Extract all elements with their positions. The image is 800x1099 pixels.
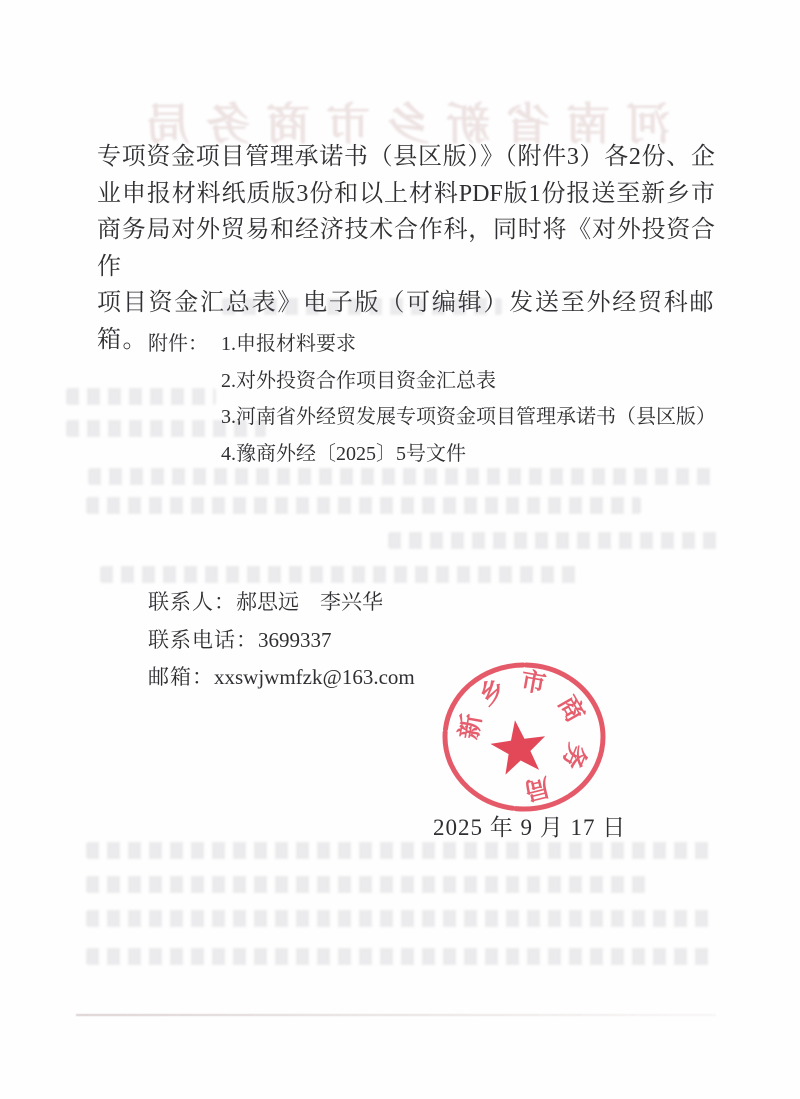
contact-phone-label: 联系电话： bbox=[148, 628, 258, 652]
text-line: 商务局对外贸易和经济技术合作科，同时将《对外投资合作 bbox=[97, 212, 715, 285]
text-line: 3.河南省外经贸发展专项资金项目管理承诺书（县区版） bbox=[221, 399, 716, 436]
text-line: 专项资金项目管理承诺书（县区版）》（附件3）各2份、企 bbox=[97, 139, 715, 176]
svg-text:市: 市 bbox=[519, 667, 548, 699]
svg-text:务: 务 bbox=[556, 739, 592, 773]
scanned-document-page: 河南省新乡市商务局 专项资金项目管理承诺书（县区版）》（附件3）各2份、企业申报… bbox=[0, 0, 800, 1099]
bleedthrough-smudge bbox=[222, 298, 502, 315]
contact-email-row: 邮箱：xxswjwmfzk@163.com bbox=[148, 659, 415, 697]
bleedthrough-smudge bbox=[86, 948, 716, 965]
bleedthrough-smudge bbox=[388, 532, 718, 549]
seal-star-icon bbox=[488, 716, 550, 776]
text-line: 4.豫商外经〔2025〕5号文件 bbox=[221, 436, 716, 473]
contact-person-row: 联系人：郝思远 李兴华 bbox=[148, 584, 415, 622]
bleedthrough-smudge bbox=[86, 497, 641, 514]
text-line: 2.对外投资合作项目资金汇总表 bbox=[221, 363, 716, 400]
official-seal: 新乡市商务局 bbox=[437, 656, 613, 824]
bleedthrough-smudge bbox=[86, 842, 714, 859]
svg-text:商: 商 bbox=[552, 691, 590, 727]
attachments-label: 附件： bbox=[148, 326, 208, 363]
attachments-list: 1.申报材料要求2.对外投资合作项目资金汇总表3.河南省外经贸发展专项资金项目管… bbox=[221, 326, 716, 472]
contact-phone-row: 联系电话：3699337 bbox=[148, 622, 415, 660]
seal-text: 新乡市商务局 bbox=[454, 667, 593, 805]
contact-email-value: xxswjwmfzk@163.com bbox=[214, 665, 415, 689]
bleedthrough-rule bbox=[76, 1014, 716, 1016]
attachments-block: 附件： 1.申报材料要求2.对外投资合作项目资金汇总表3.河南省外经贸发展专项资… bbox=[148, 326, 716, 472]
bleedthrough-smudge bbox=[86, 876, 646, 893]
bleedthrough-smudge bbox=[86, 910, 710, 927]
contact-person-value: 郝思远 李兴华 bbox=[236, 590, 383, 614]
contact-phone-value: 3699337 bbox=[258, 628, 332, 652]
contact-email-label: 邮箱： bbox=[148, 665, 214, 689]
svg-text:新: 新 bbox=[454, 712, 487, 742]
contact-block: 联系人：郝思远 李兴华 联系电话：3699337 邮箱：xxswjwmfzk@1… bbox=[148, 584, 415, 697]
svg-text:局: 局 bbox=[522, 772, 553, 805]
text-line: 1.申报材料要求 bbox=[221, 326, 716, 363]
text-line: 业申报材料纸质版3份和以上材料PDF版1份报送至新乡市 bbox=[97, 176, 715, 213]
bleedthrough-smudge bbox=[100, 566, 580, 583]
contact-person-label: 联系人： bbox=[148, 590, 236, 614]
